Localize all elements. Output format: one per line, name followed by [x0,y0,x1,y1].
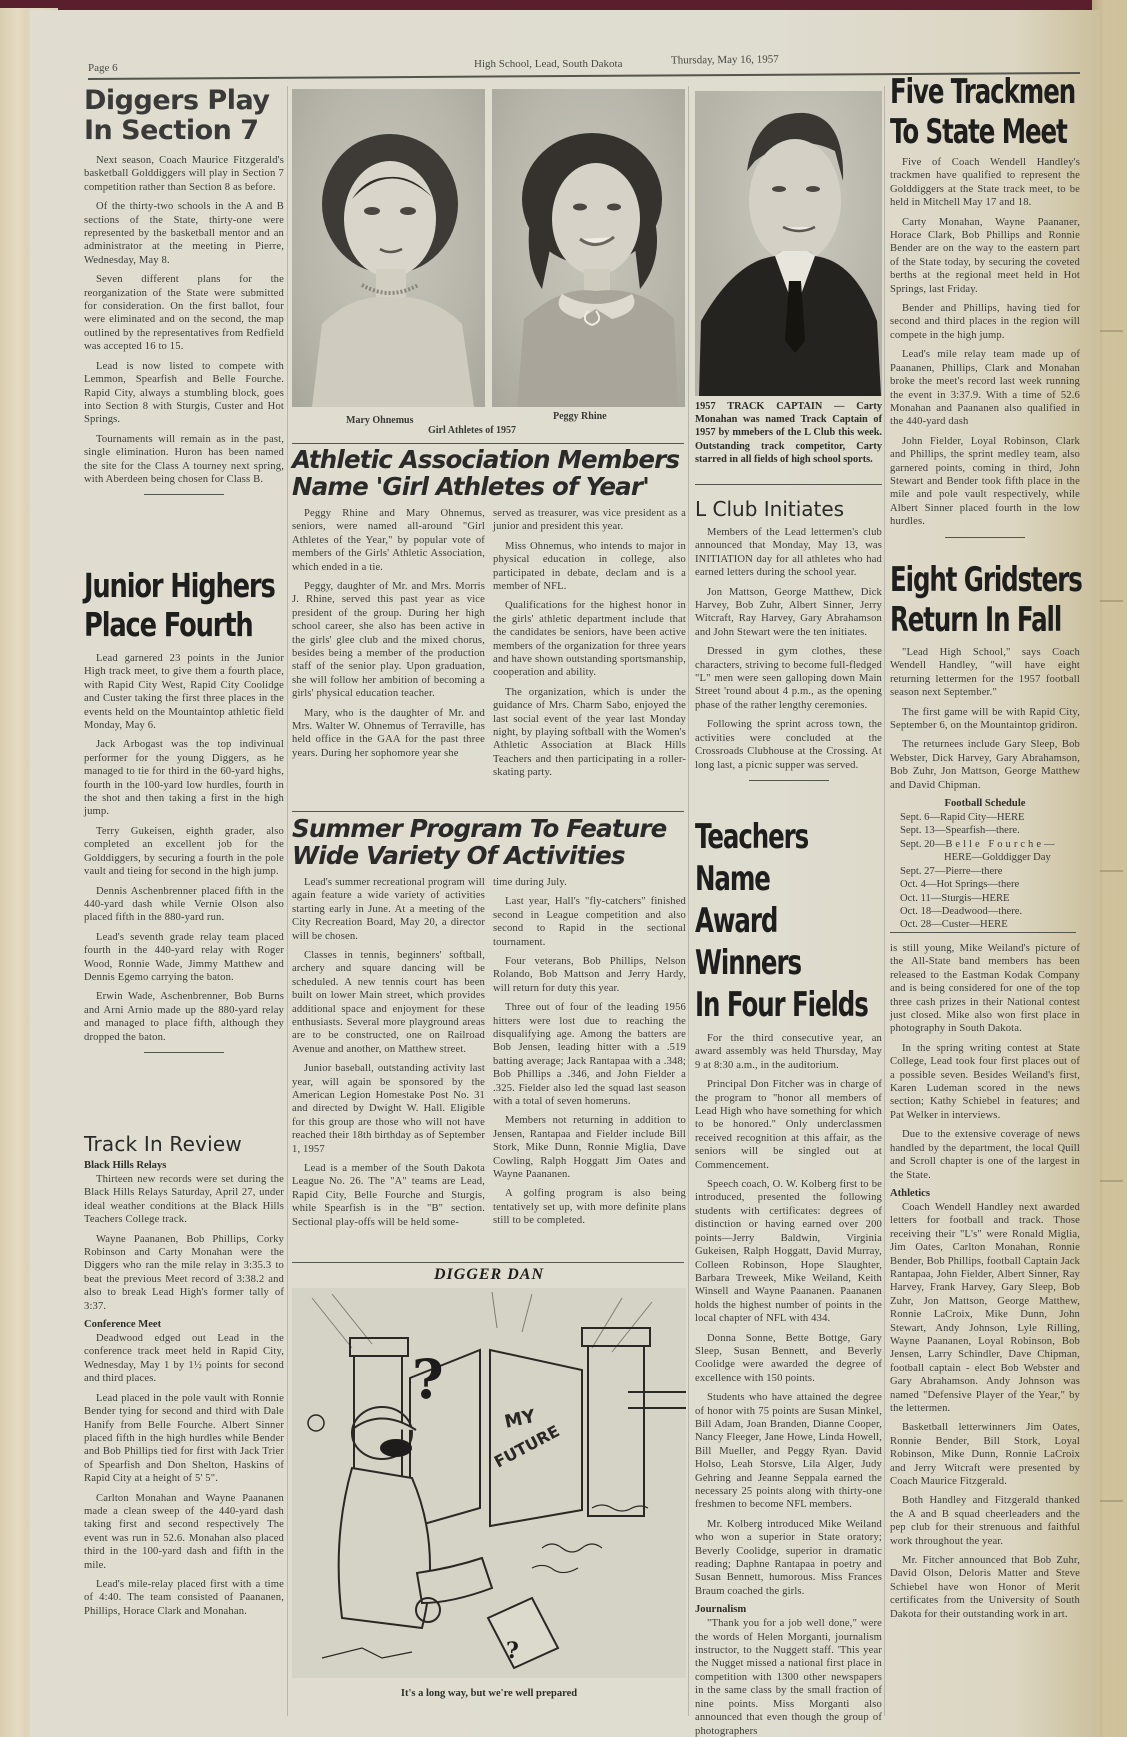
divider [890,932,1076,933]
caption-peggy-rhine: Peggy Rhine [553,411,607,422]
svg-text:MY: MY [503,1406,539,1433]
paragraph: served as treasurer, was vice president … [493,507,686,534]
paragraph: Of the thirty-two schools in the A and B… [84,200,284,267]
paragraph: Jack Arbogast was the top indivinual per… [84,738,284,818]
caption-mary-ohnemus: Mary Ohnemus [346,415,414,426]
publication-name: High School, Lead, South Dakota [474,58,622,70]
schedule-title: Football Schedule [890,798,1080,809]
caption-lead: 1957 TRACK CAPTAIN [695,401,822,412]
paragraph: Bender and Phillips, having tied for sec… [890,302,1080,342]
paragraph: "Thank you for a job well done," were th… [695,1617,882,1737]
article-track-in-review: Track In Review Black Hills Relays Thirt… [84,1132,284,1624]
divider [292,1262,684,1263]
paragraph: Lead is a member of the South Dakota Lea… [292,1162,485,1229]
headline: Five Trackmen To State Meet [890,72,1084,152]
subhead-conference-meet: Conference Meet [84,1319,284,1330]
paragraph: Due to the extensive coverage of news ha… [890,1128,1080,1182]
paragraph: In the spring writing contest at State C… [890,1042,1080,1122]
schedule-row-continued: HERE—Golddigger Day [900,851,1080,864]
paragraph: Carty Monahan, Wayne Paananer, Horace Cl… [890,216,1080,296]
paragraph: Peggy, daughter of Mr. and Mrs. Morris J… [292,580,485,701]
paragraph: Students who have attained the degree of… [695,1391,882,1512]
paragraph: Coach Wendell Handley next awarded lette… [890,1201,1080,1416]
paragraph: time during July. [493,876,686,889]
divider [695,484,882,485]
schedule-row: Oct. 11—Sturgis—HERE [900,892,1080,905]
paragraph: The organization, which is under the gui… [493,686,686,780]
paragraph: The first game will be with Rapid City, … [890,706,1080,733]
headline: Athletic Association Members Name 'Girl … [292,446,686,501]
paragraph: Deadwood edged out Lead in the conferenc… [84,1332,284,1386]
article-five-trackmen: Five Trackmen To State Meet Five of Coac… [890,72,1080,546]
paragraph: is still young, Mike Weiland's picture o… [890,942,1080,1036]
paragraph: Carlton Monahan and Wayne Paananen made … [84,1492,284,1572]
paragraph: Wayne Paananen, Bob Phillips, Corky Robi… [84,1233,284,1313]
cartoon-digger-dan: MY FUTURE ? ? [292,1288,686,1678]
paragraph: Jon Mattson, George Matthew, Dick Harvey… [695,586,882,640]
divider [144,494,224,495]
article-diggers-play: Diggers Play In Section 7 Next season, C… [84,86,284,503]
paragraph: Mr. Kolberg introduced Mike Weiland who … [695,1518,882,1598]
football-schedule: Sept. 6—Rapid City—HERE Sept. 13—Spearfi… [900,811,1080,932]
column-right: time during July. Last year, Hall's "fly… [493,876,686,1235]
portrait-man-icon [695,91,882,396]
paragraph: Junior baseball, outstanding activity la… [292,1062,485,1156]
paragraph: Dressed in gym clothes, these characters… [695,645,882,712]
column-right: served as treasurer, was vice president … [493,507,686,786]
schedule-row: Sept. 6—Rapid City—HERE [900,811,1080,824]
paragraph: Seven different plans for the reorganiza… [84,273,284,353]
paragraph: Four veterans, Bob Phillips, Nelson Rola… [493,955,686,995]
cartoon-graduate-at-gate-icon: MY FUTURE ? ? [292,1288,686,1678]
portrait-woman-icon [292,89,485,407]
headline: Track In Review [84,1132,284,1156]
paragraph: Next season, Coach Maurice Fitzgerald's … [84,154,284,194]
paragraph: Last year, Hall's "fly-catchers" finishe… [493,895,686,949]
paragraph: Classes in tennis, beginners' softball, … [292,949,485,1056]
schedule-row: Sept. 13—Spearfish—there. [900,824,1080,837]
cartoon-caption: It's a long way, but we're well prepared [292,1688,686,1699]
paragraph: Lead garnered 23 points in the Junior Hi… [84,652,284,732]
subhead-athletics: Athletics [890,1188,1080,1199]
svg-text:?: ? [412,1347,444,1411]
headline: L Club Initiates [695,496,882,522]
article-summer-program: Summer Program To Feature Wide Variety O… [292,815,686,1235]
divider [292,443,684,444]
article-l-club-initiates: L Club Initiates Members of the Lead let… [695,496,882,789]
paragraph: Three out of four of the leading 1956 hi… [493,1001,686,1108]
cartoon-title: DIGGER DAN [292,1266,686,1284]
paragraph: Members not returning in addition to Jen… [493,1114,686,1181]
article-teachers-name-award-winners: Teachers Name Award Winners In Four Fiel… [695,816,882,1737]
headline: Eight Gridsters Return In Fall [890,560,1084,640]
divider [292,811,684,812]
paragraph: Miss Ohnemus, who intends to major in ph… [493,540,686,594]
svg-text:?: ? [506,1638,519,1664]
paragraph: Speech coach, O. W. Kolberg first to be … [695,1178,882,1325]
paragraph: Basketball letterwinners Jim Oates, Ronn… [890,1421,1080,1488]
column-rule [688,86,689,1716]
paragraph: Lead placed in the pole vault with Ronni… [84,1392,284,1486]
paragraph: Mary, who is the daughter of Mr. and Mrs… [292,707,485,761]
paragraph: Erwin Wade, Aschenbrenner, Bob Burns and… [84,990,284,1044]
article-junior-highers: Junior Highers Place Fourth Lead garnere… [84,566,284,1061]
paragraph: Donna Sonne, Bette Bottge, Gary Sleep, S… [695,1332,882,1386]
subhead-black-hills-relays: Black Hills Relays [84,1160,284,1171]
headline: Teachers Name Award Winners In Four Fiel… [695,816,889,1026]
column-left: Lead's summer recreational program will … [292,876,485,1235]
paragraph: Thirteen new records were set during the… [84,1173,284,1227]
paragraph: Dennis Aschenbrenner placed fifth in the… [84,885,284,925]
paragraph: Terry Gukeisen, eighth grader, also comp… [84,825,284,879]
divider [749,780,829,781]
paragraph: Lead's mile relay team made up of Paanan… [890,348,1080,428]
paragraph: A golfing program is also being tentativ… [493,1187,686,1227]
paragraph: Tournaments will remain as in the past, … [84,433,284,487]
headline: Diggers Play In Section 7 [84,86,284,146]
paragraph: Lead is now listed to compete with Lemmo… [84,360,284,427]
column-rule [287,86,288,1716]
schedule-row: Oct. 28—Custer—HERE [900,918,1080,931]
photo-carty-monahan [695,91,882,396]
paragraph: Members of the Lead lettermen's club ann… [695,526,882,580]
issue-date: Thursday, May 16, 1957 [671,53,779,66]
schedule-row: Oct. 18—Deadwood—there. [900,905,1080,918]
paragraph: Following the sprint across town, the ac… [695,718,882,772]
page-number: Page 6 [88,62,118,74]
paragraph: Mr. Fitcher announced that Bob Zuhr, Dav… [890,1554,1080,1621]
paragraph: Five of Coach Wendell Handley's trackmen… [890,156,1080,210]
photo-peggy-rhine [492,89,685,407]
schedule-row: Sept. 20—Belle Fourche— [900,838,1080,851]
paragraph: The returnees include Gary Sleep, Bob We… [890,738,1080,792]
paragraph: Lead's summer recreational program will … [292,876,485,943]
schedule-row: Oct. 4—Hot Springs—there [900,878,1080,891]
svg-text:FUTURE: FUTURE [491,1421,563,1471]
divider [144,1052,224,1053]
paragraph: For the third consecutive year, an award… [695,1032,882,1072]
paragraph: John Fielder, Loyal Robinson, Clark and … [890,435,1080,529]
article-teachers-name-continued: is still young, Mike Weiland's picture o… [890,942,1080,1627]
subhead-journalism: Journalism [695,1604,882,1615]
paragraph: Qualifications for the highest honor in … [493,599,686,679]
divider [945,537,1025,538]
paragraph: Lead's seventh grade relay team placed f… [84,931,284,985]
caption-track-captain: 1957 TRACK CAPTAIN — Carty Monahan was n… [695,400,882,466]
paragraph: Both Handley and Fitzgerald thanked the … [890,1494,1080,1548]
paragraph: Peggy Rhine and Mary Ohnemus, seniors, w… [292,507,485,574]
article-girl-athletes: Athletic Association Members Name 'Girl … [292,446,686,786]
article-eight-gridsters: Eight Gridsters Return In Fall "Lead Hig… [890,560,1080,932]
schedule-row: Sept. 27—Pierre—there [900,865,1080,878]
photo-mary-ohnemus [292,89,485,407]
column-left: Peggy Rhine and Mary Ohnemus, seniors, w… [292,507,485,786]
headline: Junior Highers Place Fourth [84,566,287,644]
caption-girl-athletes: Girl Athletes of 1957 [428,425,516,436]
paragraph: Lead's mile-relay placed first with a ti… [84,1578,284,1618]
portrait-woman-icon [492,89,685,407]
headline: Summer Program To Feature Wide Variety O… [292,815,686,870]
paragraph: "Lead High School," says Coach Wendell H… [890,646,1080,700]
paragraph: Principal Don Fitcher was in charge of t… [695,1078,882,1172]
